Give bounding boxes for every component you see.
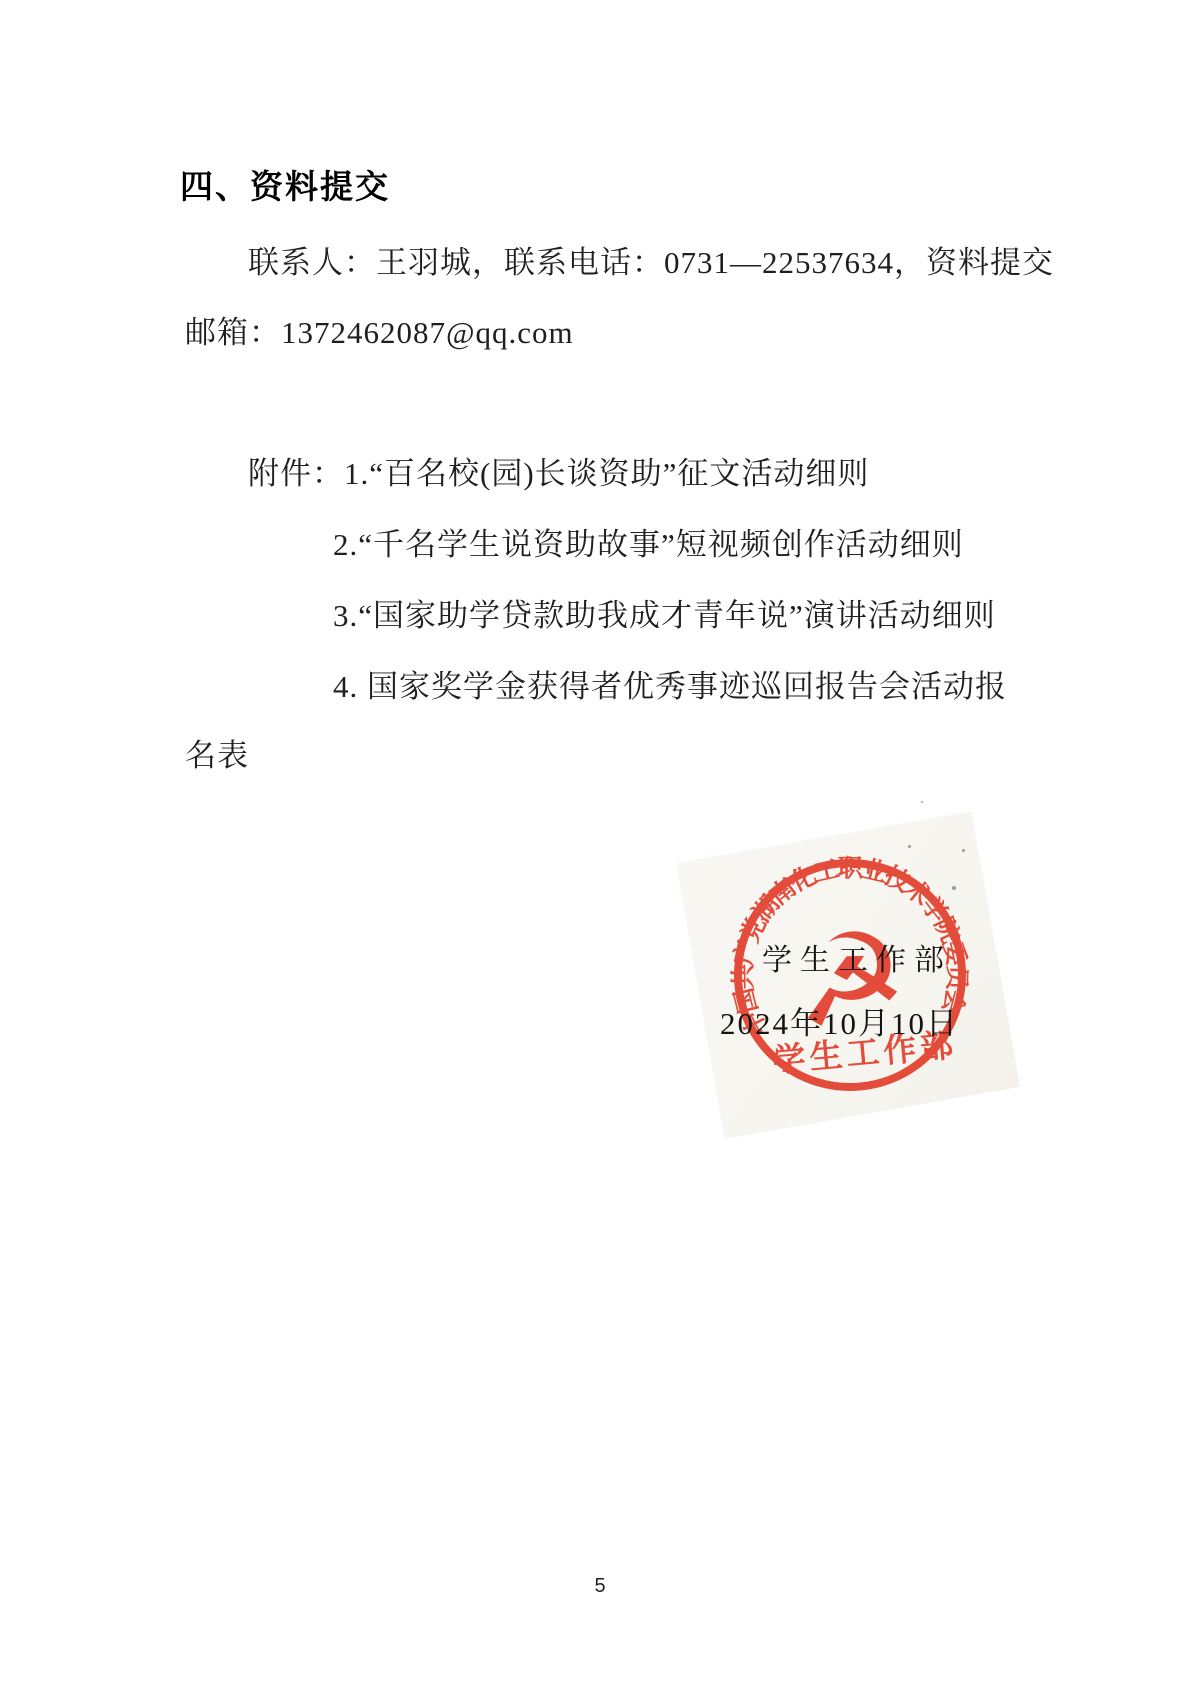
attachment-item-4-wrap: 名表 xyxy=(185,740,249,771)
page-number: 5 xyxy=(0,1576,1200,1596)
scan-speckle xyxy=(921,801,923,803)
attachment-item-3: 3.“国家助学贷款助我成才青年说”演讲活动细则 xyxy=(333,600,996,631)
contact-email-line: 邮箱：1372462087@qq.com xyxy=(185,317,574,348)
attachment-label: 附件： xyxy=(248,456,344,491)
attachment-item-1: 1.“百名校(园)长谈资助”征文活动细则 xyxy=(344,456,869,491)
attachment-item-2: 2.“千名学生说资助故事”短视频创作活动细则 xyxy=(333,529,964,560)
contact-line: 联系人：王羽城，联系电话：0731—22537634，资料提交 xyxy=(248,247,1054,278)
attachment-item-4: 4. 国家奖学金获得者优秀事迹巡回报告会活动报 xyxy=(333,671,1007,702)
document-page: 四、资料提交 联系人：王羽城，联系电话：0731—22537634，资料提交 邮… xyxy=(0,0,1200,1697)
section-heading: 四、资料提交 xyxy=(180,170,390,203)
signature-date: 2024年10月10日 xyxy=(720,1008,959,1039)
signature-department: 学生工作部 xyxy=(762,946,952,976)
attachment-line-1: 附件：1.“百名校(园)长谈资助”征文活动细则 xyxy=(248,458,869,489)
